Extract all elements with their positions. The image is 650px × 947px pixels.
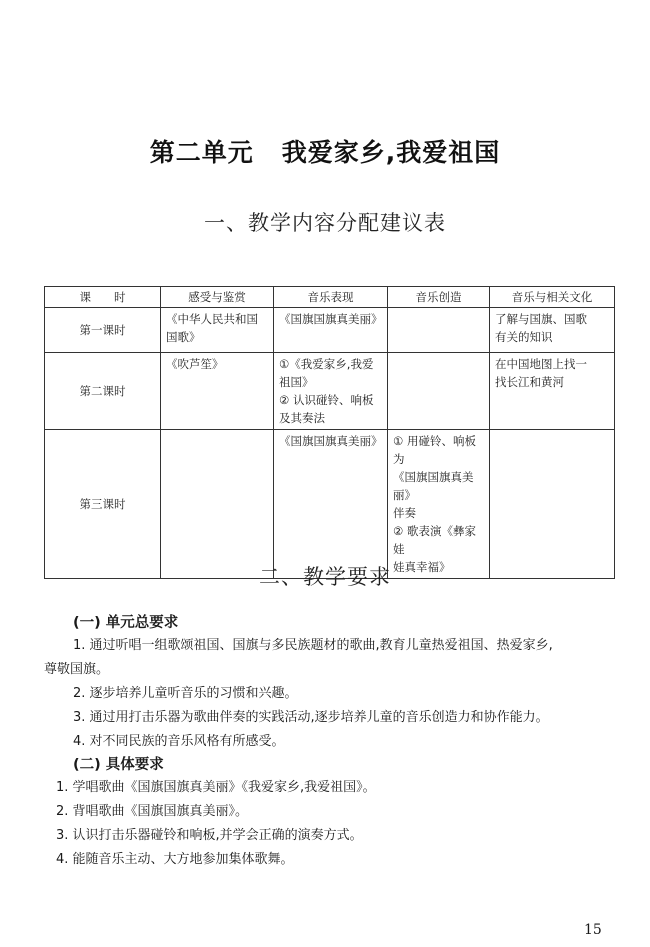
cell-line: 《中华人民共和国 [166, 310, 268, 328]
cell-line: ② 认识碰铃、响板 [279, 391, 382, 409]
requirement-item: 3. 认识打击乐器碰铃和响板,并学会正确的演奏方式。 [44, 824, 610, 848]
subheading-general: (一) 单元总要求 [73, 611, 178, 632]
page-number: 15 [584, 922, 602, 938]
cell-line: ①《我爱家乡,我爱 [279, 355, 382, 373]
header-period: 课 时 [45, 287, 161, 308]
cell-line: 找长江和黄河 [495, 373, 609, 391]
table-header-row: 课 时 感受与鉴赏 音乐表现 音乐创造 音乐与相关文化 [45, 287, 615, 308]
requirement-item: 2. 背唱歌曲《国旗国旗真美丽》。 [44, 800, 610, 824]
header-appreciation: 感受与鉴赏 [161, 287, 274, 308]
requirement-item: 4. 能随音乐主动、大方地参加集体歌舞。 [44, 848, 610, 872]
cell-line: 国歌》 [166, 328, 268, 346]
cell-performance: 《国旗国旗真美丽》 [274, 308, 388, 353]
cell-performance: ①《我爱家乡,我爱 祖国》 ② 认识碰铃、响板 及其奏法 [274, 353, 388, 430]
cell-appreciation: 《吹芦笙》 [161, 353, 274, 430]
cell-creation [388, 353, 490, 430]
cell-line: 了解与国旗、国歌 [495, 310, 609, 328]
subheading-specific: (二) 具体要求 [73, 753, 164, 774]
allocation-table: 课 时 感受与鉴赏 音乐表现 音乐创造 音乐与相关文化 第一课时 《中华人民共和… [44, 286, 615, 579]
cell-line: 祖国》 [279, 373, 382, 391]
cell-line: 《国旗国旗真美丽》 [393, 468, 484, 504]
cell-culture: 在中国地图上找一 找长江和黄河 [490, 353, 615, 430]
header-creation: 音乐创造 [388, 287, 490, 308]
table-row: 第一课时 《中华人民共和国 国歌》 《国旗国旗真美丽》 了解与国旗、国歌 有关的… [45, 308, 615, 353]
cell-line: ② 歌表演《彝家娃 [393, 522, 484, 558]
header-performance: 音乐表现 [274, 287, 388, 308]
cell-culture [490, 430, 615, 579]
section-title-allocation: 一、教学内容分配建议表 [0, 207, 650, 237]
cell-line: 有关的知识 [495, 328, 609, 346]
cell-line: ① 用碰铃、响板为 [393, 432, 484, 468]
cell-performance: 《国旗国旗真美丽》 [274, 430, 388, 579]
requirement-item: 1. 学唱歌曲《国旗国旗真美丽》《我爱家乡,我爱祖国》。 [44, 776, 610, 800]
header-culture: 音乐与相关文化 [490, 287, 615, 308]
unit-theme: 我爱家乡,我爱祖国 [282, 138, 501, 167]
cell-period: 第一课时 [45, 308, 161, 353]
cell-creation [388, 308, 490, 353]
cell-line: 《吹芦笙》 [166, 355, 268, 373]
cell-line: 及其奏法 [279, 409, 382, 427]
section-title-requirements: 二、教学要求 [0, 561, 650, 591]
table-row: 第二课时 《吹芦笙》 ①《我爱家乡,我爱 祖国》 ② 认识碰铃、响板 及其奏法 … [45, 353, 615, 430]
requirement-item: 2. 逐步培养儿童听音乐的习惯和兴趣。 [44, 682, 610, 706]
cell-creation: ① 用碰铃、响板为 《国旗国旗真美丽》 伴奏 ② 歌表演《彝家娃 娃真幸福》 [388, 430, 490, 579]
unit-number: 第二单元 [150, 138, 254, 167]
unit-title: 第二单元我爱家乡,我爱祖国 [0, 133, 650, 169]
cell-line: 伴奏 [393, 504, 484, 522]
cell-appreciation [161, 430, 274, 579]
cell-appreciation: 《中华人民共和国 国歌》 [161, 308, 274, 353]
cell-period: 第三课时 [45, 430, 161, 579]
requirement-item: 1. 通过听唱一组歌颂祖国、国旗与多民族题材的歌曲,教育儿童热爱祖国、热爱家乡, [44, 634, 610, 658]
cell-culture: 了解与国旗、国歌 有关的知识 [490, 308, 615, 353]
specific-requirements: 1. 学唱歌曲《国旗国旗真美丽》《我爱家乡,我爱祖国》。 2. 背唱歌曲《国旗国… [44, 776, 610, 872]
cell-period: 第二课时 [45, 353, 161, 430]
requirement-item-continued: 尊敬国旗。 [44, 658, 610, 682]
cell-line: 《国旗国旗真美丽》 [279, 310, 382, 328]
table-row: 第三课时 《国旗国旗真美丽》 ① 用碰铃、响板为 《国旗国旗真美丽》 伴奏 ② … [45, 430, 615, 579]
requirement-item: 4. 对不同民族的音乐风格有所感受。 [44, 730, 610, 754]
general-requirements: 1. 通过听唱一组歌颂祖国、国旗与多民族题材的歌曲,教育儿童热爱祖国、热爱家乡,… [44, 634, 610, 754]
cell-line: 《国旗国旗真美丽》 [279, 432, 382, 450]
requirement-item: 3. 通过用打击乐器为歌曲伴奏的实践活动,逐步培养儿童的音乐创造力和协作能力。 [44, 706, 610, 730]
cell-line: 在中国地图上找一 [495, 355, 609, 373]
